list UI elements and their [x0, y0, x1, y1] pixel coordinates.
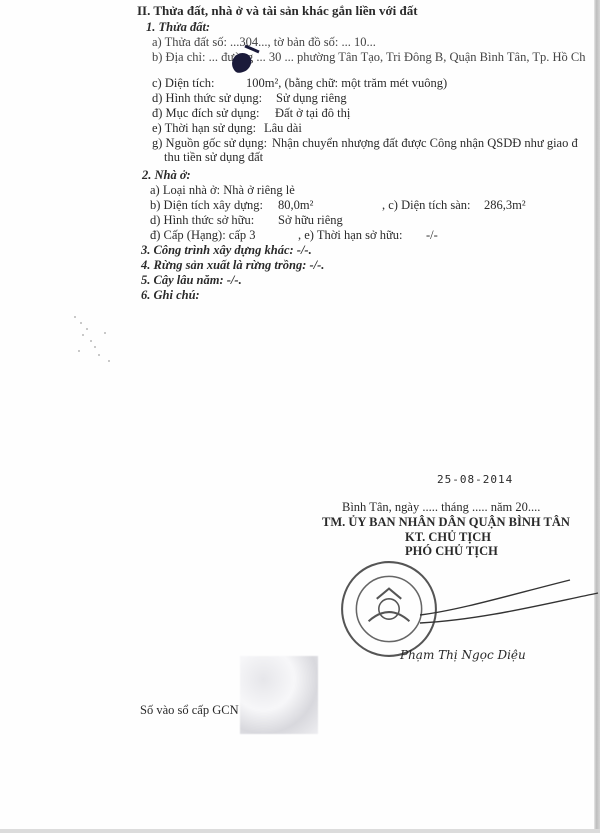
land-origin-value-1: Nhận chuyển nhượng đất được Công nhận QS… [272, 136, 578, 150]
production-forest: 4. Rừng sản xuất là rừng trồng: -/-. [141, 258, 324, 272]
land-purpose-label: đ) Mục đích sử dụng: [152, 106, 259, 120]
date-stamp: 25-08-2014 [437, 473, 513, 486]
land-heading: 1. Thửa đất: [146, 20, 210, 34]
land-area-value: 100m², (bằng chữ: một trăm mét vuông) [246, 76, 447, 90]
land-address: b) Địa chỉ: ... đường ... 30 ... phường … [152, 50, 585, 64]
land-purpose-value: Đất ở tại đô thị [275, 106, 350, 120]
house-floor-area-value: 286,3m² [484, 198, 526, 212]
land-origin-value-2: thu tiền sử dụng đất [164, 150, 263, 164]
notes-heading: 6. Ghi chú: [141, 288, 200, 302]
house-build-area-value: 80,0m² [278, 198, 313, 212]
house-ownership-value: Sở hữu riêng [278, 213, 343, 227]
scrollbar-edge [594, 0, 600, 833]
place-date: Bình Tân, ngày ..... tháng ..... năm 20.… [342, 500, 540, 514]
land-term-label: e) Thời hạn sử dụng: [152, 121, 256, 135]
land-use-form-label: d) Hình thức sử dụng: [152, 91, 262, 105]
registry-number-label: Số vào sổ cấp GCN [140, 703, 239, 717]
ink-blot-redaction [225, 40, 265, 80]
kt-chairman: KT. CHỦ TỊCH [405, 530, 491, 544]
land-term-value: Lâu dài [264, 121, 302, 135]
signer-name: Phạm Thị Ngọc Diệu [400, 648, 526, 662]
house-term-label: , e) Thời hạn sở hữu: [298, 228, 402, 242]
signature-stroke [420, 575, 600, 645]
house-heading: 2. Nhà ở: [142, 168, 191, 182]
perennial-trees: 5. Cây lâu năm: -/-. [141, 273, 242, 287]
page-bottom-edge [0, 829, 600, 833]
vice-chairman-title: PHÓ CHỦ TỊCH [405, 544, 498, 558]
house-build-area-label: b) Diện tích xây dựng: [150, 198, 263, 212]
house-term-value: -/- [426, 228, 438, 242]
land-area-label: c) Diện tích: [152, 76, 214, 90]
land-origin-label: g) Nguồn gốc sử dụng: [152, 136, 267, 150]
house-type: a) Loại nhà ở: Nhà ở riêng lẻ [150, 183, 295, 197]
house-ownership-label: d) Hình thức sở hữu: [150, 213, 254, 227]
blurred-redaction [240, 656, 318, 734]
issuing-authority: TM. ỦY BAN NHÂN DÂN QUẬN BÌNH TÂN [322, 515, 570, 529]
certificate-page: II. Thửa đất, nhà ở và tài sản khác gắn … [0, 0, 600, 833]
section-title: II. Thửa đất, nhà ở và tài sản khác gắn … [137, 4, 418, 18]
other-construction: 3. Công trình xây dựng khác: -/-. [141, 243, 312, 257]
scan-noise [60, 310, 130, 370]
house-floor-area-label: , c) Diện tích sàn: [382, 198, 471, 212]
land-use-form-value: Sử dụng riêng [276, 91, 347, 105]
house-grade: đ) Cấp (Hạng): cấp 3 [150, 228, 256, 242]
